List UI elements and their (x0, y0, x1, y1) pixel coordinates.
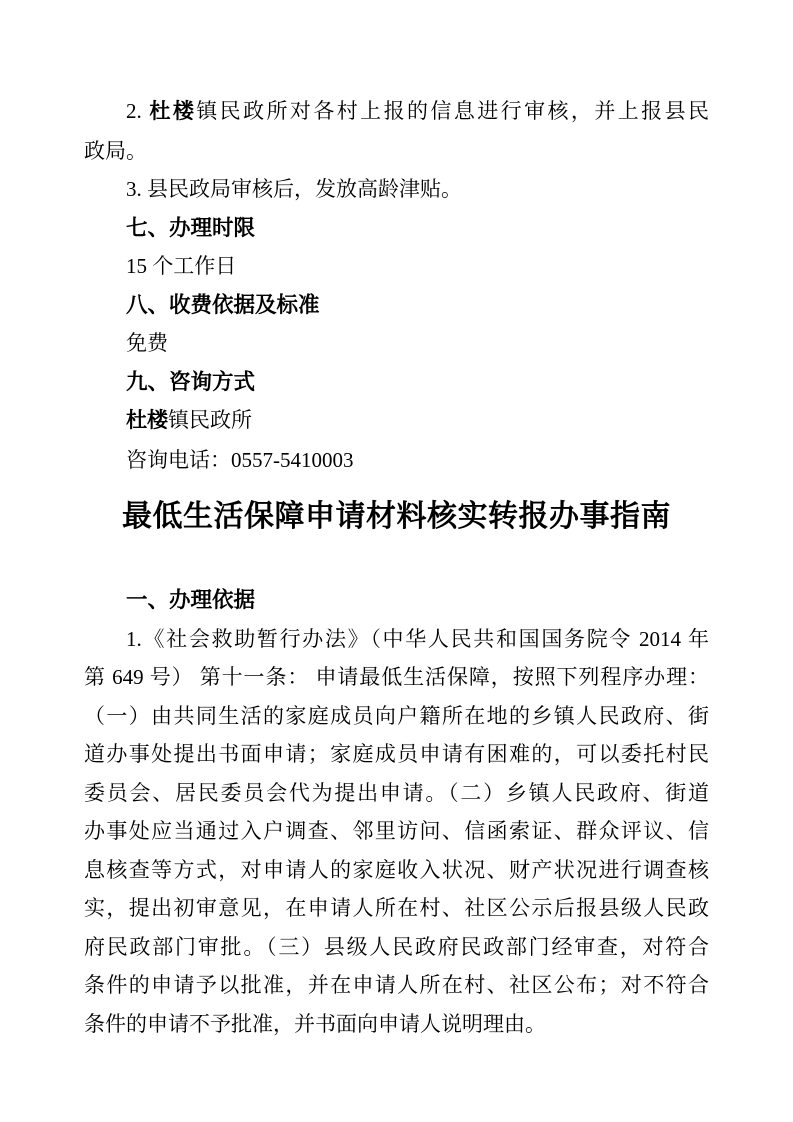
text-segment: 政局。 (84, 139, 147, 163)
text-segment: 条件的申请予以批准，并在申请人所在村、社区公布；对不符合 (84, 973, 709, 997)
text-segment: 息核查等方式，对申请人的家庭收入状况、财产状况进行调查核 (84, 858, 709, 882)
text-segment: （一）由共同生活的家庭成员向户籍所在地的乡镇人民政府、街 (84, 704, 709, 728)
bold-text-segment: 杜楼 (126, 409, 168, 432)
text-line: 3. 县民政局审核后，发放高龄津贴。 (84, 170, 709, 209)
text-segment: 委员会、居民委员会代为提出申请。（二）乡镇人民政府、街道 (84, 781, 709, 805)
text-line: 1.《社会救助暂行办法》（中华人民共和国国务院令 2014 年 (84, 620, 709, 659)
document-body: 2. 杜楼镇民政所对各村上报的信息进行审核，并上报县民政局。3. 县民政局审核后… (84, 92, 709, 1043)
text-line: 道办事处提出书面申请；家庭成员申请有困难的，可以委托村民 (84, 735, 709, 774)
bold-text-segment: 九、咨询方式 (126, 370, 255, 394)
text-segment: 条件的申请不予批准，并书面向申请人说明理由。 (84, 1012, 546, 1036)
text-line: 第 649 号） 第十一条： 申请最低生活保障，按照下列程序办理： (84, 658, 709, 697)
text-line: 条件的申请予以批准，并在申请人所在村、社区公布；对不符合 (84, 966, 709, 1005)
text-segment: 2. (126, 99, 149, 123)
text-segment: 镇民政所 (168, 408, 252, 432)
text-segment: 1.《社会救助暂行办法》（中华人民共和国国务院令 2014 年 (126, 627, 709, 651)
section-heading: 九、咨询方式 (84, 363, 709, 402)
text-segment: 咨询电话：0557-5410003 (126, 448, 354, 472)
bold-text-segment: 一、办理依据 (126, 588, 255, 612)
text-line: 2. 杜楼镇民政所对各村上报的信息进行审核，并上报县民 (84, 92, 709, 132)
section-heading: 七、办理时限 (84, 209, 709, 248)
bold-text-segment: 七、办理时限 (126, 216, 255, 240)
text-line: 15 个工作日 (84, 247, 709, 286)
text-line: 委员会、居民委员会代为提出申请。（二）乡镇人民政府、街道 (84, 774, 709, 813)
text-segment: 免费 (126, 331, 168, 355)
text-line: 免费 (84, 324, 709, 363)
text-segment: 镇民政所对各村上报的信息进行审核，并上报县民 (196, 99, 709, 123)
text-segment: 15 个工作日 (126, 254, 236, 278)
bold-text-segment: 最低生活保障申请材料核实转报办事指南 (122, 500, 671, 533)
text-line: 实，提出初审意见，在申请人所在村、社区公示后报县级人民政 (84, 889, 709, 928)
bold-text-segment: 八、收费依据及标准 (126, 293, 320, 317)
text-line: 政局。 (84, 132, 709, 171)
text-line: 办事处应当通过入户调查、邻里访问、信函索证、群众评议、信 (84, 812, 709, 851)
text-segment: 第 649 号） 第十一条： 申请最低生活保障，按照下列程序办理： (84, 665, 709, 689)
text-segment: 府民政部门审批。（三）县级人民政府民政部门经审查，对符合 (84, 935, 709, 959)
text-line: 杜楼镇民政所 (84, 401, 709, 441)
text-segment: 道办事处提出书面申请；家庭成员申请有困难的，可以委托村民 (84, 742, 709, 766)
text-segment: 3. 县民政局审核后，发放高龄津贴。 (126, 177, 462, 201)
section-heading: 八、收费依据及标准 (84, 286, 709, 325)
text-segment: 办事处应当通过入户调查、邻里访问、信函索证、群众评议、信 (84, 819, 709, 843)
document-page: 2. 杜楼镇民政所对各村上报的信息进行审核，并上报县民政局。3. 县民政局审核后… (0, 0, 793, 1122)
bold-text-segment: 杜楼 (149, 100, 196, 123)
text-line: 息核查等方式，对申请人的家庭收入状况、财产状况进行调查核 (84, 851, 709, 890)
text-segment: 实，提出初审意见，在申请人所在村、社区公示后报县级人民政 (84, 896, 709, 920)
text-line: 府民政部门审批。（三）县级人民政府民政部门经审查，对符合 (84, 928, 709, 967)
section-heading: 一、办理依据 (84, 581, 709, 620)
document-title: 最低生活保障申请材料核实转报办事指南 (84, 495, 709, 539)
text-line: 条件的申请不予批准，并书面向申请人说明理由。 (84, 1005, 709, 1044)
text-line: （一）由共同生活的家庭成员向户籍所在地的乡镇人民政府、街 (84, 697, 709, 736)
text-line: 咨询电话：0557-5410003 (84, 441, 709, 480)
